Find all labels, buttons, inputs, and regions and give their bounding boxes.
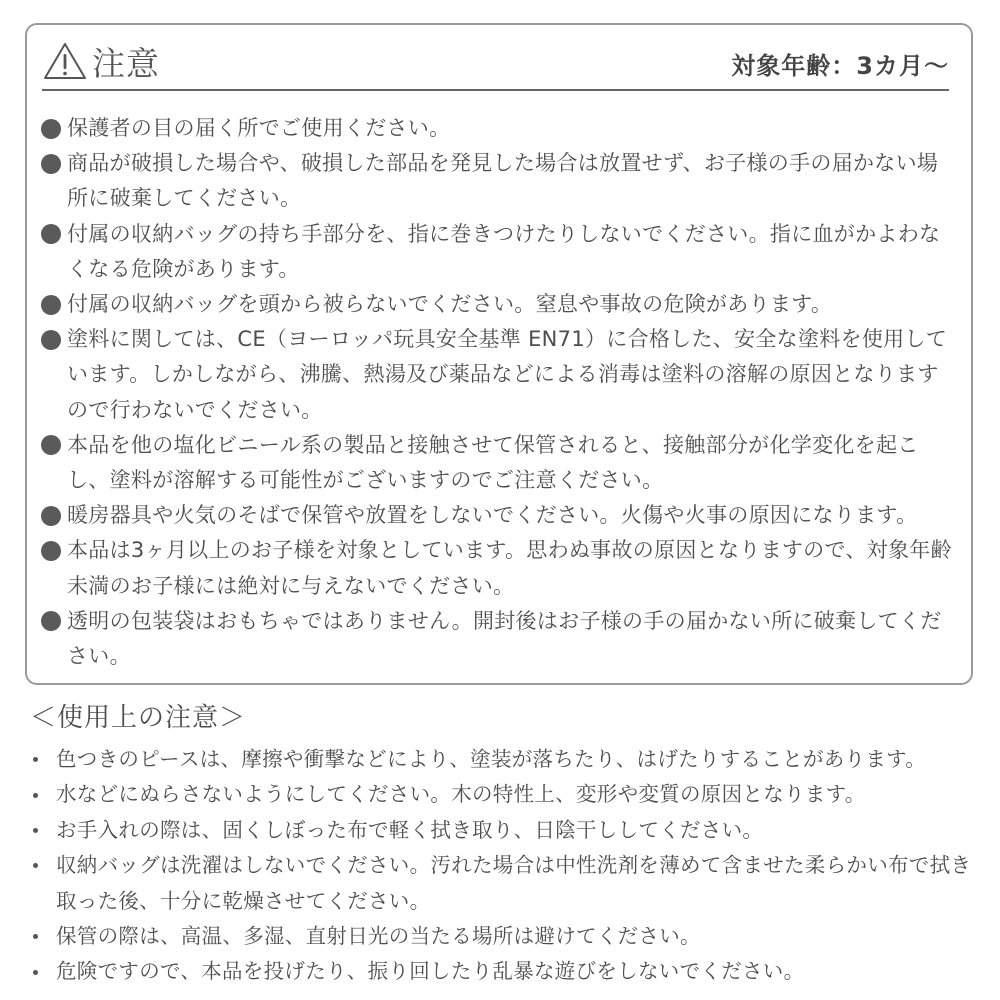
bullet-dot-icon bbox=[41, 217, 67, 252]
usage-section-title: ＜使用上の注意＞ bbox=[30, 697, 246, 734]
bullet-dot-icon bbox=[41, 498, 67, 533]
caution-item: 保護者の目の届く所でご使用ください。 bbox=[41, 111, 957, 146]
caution-item-text: 暖房器具や火気のそばで保管や放置をしないでください。火傷や火事の原因になります。 bbox=[67, 498, 957, 533]
usage-item: 色つきのピースは、摩擦や衝撃などにより、塗装が落ちたり、はげたりすることがありま… bbox=[30, 742, 980, 777]
caution-item-text: 本品を他の塩化ビニール系の製品と接触させて保管されると、接触部分が化学変化を起こ… bbox=[67, 428, 957, 498]
caution-box: 注意 対象年齢：3カ月〜 保護者の目の届く所でご使用ください。 商品が破損した場… bbox=[25, 23, 973, 685]
bullet-dot-icon bbox=[41, 111, 67, 146]
caution-title: 注意 bbox=[92, 38, 160, 85]
usage-list: 色つきのピースは、摩擦や衝撃などにより、塗装が落ちたり、はげたりすることがありま… bbox=[30, 742, 980, 990]
bullet-dot-icon bbox=[41, 146, 67, 181]
usage-item-text: お手入れの際は、固くしぼった布で軽く拭き取り、日陰干ししてください。 bbox=[56, 813, 980, 848]
caution-item-text: 塗料に関しては、CE（ヨーロッパ玩具安全基準 EN71）に合格した、安全な塗料を… bbox=[67, 322, 957, 428]
caution-item-text: 本品は3ヶ月以上のお子様を対象としています。思わぬ事故の原因となりますので、対象… bbox=[67, 533, 957, 603]
caution-item: 本品は3ヶ月以上のお子様を対象としています。思わぬ事故の原因となりますので、対象… bbox=[41, 533, 957, 603]
caution-item: 付属の収納バッグの持ち手部分を、指に巻きつけたりしないでください。指に血がかよわ… bbox=[41, 217, 957, 287]
usage-item-text: 危険ですので、本品を投げたり、振り回したり乱暴な遊びをしないでください。 bbox=[56, 954, 980, 989]
caution-item: 本品を他の塩化ビニール系の製品と接触させて保管されると、接触部分が化学変化を起こ… bbox=[41, 428, 957, 498]
bullet-dot-icon bbox=[41, 604, 67, 639]
caution-item-text: 付属の収納バッグの持ち手部分を、指に巻きつけたりしないでください。指に血がかよわ… bbox=[67, 217, 957, 287]
bullet-dot-icon bbox=[41, 287, 67, 322]
usage-item-text: 保管の際は、高温、多湿、直射日光の当たる場所は避けてください。 bbox=[56, 919, 980, 954]
target-age-label: 対象年齢：3カ月〜 bbox=[731, 46, 949, 81]
caution-item: 暖房器具や火気のそばで保管や放置をしないでください。火傷や火事の原因になります。 bbox=[41, 498, 957, 533]
usage-item: 保管の際は、高温、多湿、直射日光の当たる場所は避けてください。 bbox=[30, 919, 980, 954]
caution-header: 注意 対象年齢：3カ月〜 bbox=[42, 33, 949, 91]
usage-item: お手入れの際は、固くしぼった布で軽く拭き取り、日陰干ししてください。 bbox=[30, 813, 980, 848]
caution-title-group: 注意 bbox=[42, 38, 160, 85]
caution-item-text: 透明の包装袋はおもちゃではありません。開封後はお子様の手の届かない所に破棄してく… bbox=[67, 604, 957, 674]
caution-item-text: 保護者の目の届く所でご使用ください。 bbox=[67, 111, 957, 146]
caution-item: 塗料に関しては、CE（ヨーロッパ玩具安全基準 EN71）に合格した、安全な塗料を… bbox=[41, 322, 957, 428]
usage-item-text: 収納バッグは洗濯はしないでください。汚れた場合は中性洗剤を薄めて含ませた柔らかい… bbox=[56, 848, 980, 919]
usage-item: 危険ですので、本品を投げたり、振り回したり乱暴な遊びをしないでください。 bbox=[30, 954, 980, 989]
caution-item-text: 付属の収納バッグを頭から被らないでください。窒息や事故の危険があります。 bbox=[67, 287, 957, 322]
caution-item-text: 商品が破損した場合や、破損した部品を発見した場合は放置せず、お子様の手の届かない… bbox=[67, 146, 957, 216]
usage-item: 収納バッグは洗濯はしないでください。汚れた場合は中性洗剤を薄めて含ませた柔らかい… bbox=[30, 848, 980, 919]
bullet-dot-icon bbox=[41, 533, 67, 568]
bullet-small-dot-icon bbox=[30, 777, 56, 812]
bullet-small-dot-icon bbox=[30, 954, 56, 989]
caution-item: 商品が破損した場合や、破損した部品を発見した場合は放置せず、お子様の手の届かない… bbox=[41, 146, 957, 216]
bullet-small-dot-icon bbox=[30, 813, 56, 848]
bullet-small-dot-icon bbox=[30, 919, 56, 954]
bullet-dot-icon bbox=[41, 322, 67, 357]
usage-item: 水などにぬらさないようにしてください。木の特性上、変形や変質の原因となります。 bbox=[30, 777, 980, 812]
bullet-small-dot-icon bbox=[30, 848, 56, 883]
caution-item: 付属の収納バッグを頭から被らないでください。窒息や事故の危険があります。 bbox=[41, 287, 957, 322]
caution-list: 保護者の目の届く所でご使用ください。 商品が破損した場合や、破損した部品を発見し… bbox=[41, 111, 957, 674]
usage-item-text: 水などにぬらさないようにしてください。木の特性上、変形や変質の原因となります。 bbox=[56, 777, 980, 812]
usage-item-text: 色つきのピースは、摩擦や衝撃などにより、塗装が落ちたり、はげたりすることがありま… bbox=[56, 742, 980, 777]
caution-item: 透明の包装袋はおもちゃではありません。開封後はお子様の手の届かない所に破棄してく… bbox=[41, 604, 957, 674]
warning-triangle-icon bbox=[42, 41, 88, 81]
bullet-small-dot-icon bbox=[30, 742, 56, 777]
bullet-dot-icon bbox=[41, 428, 67, 463]
